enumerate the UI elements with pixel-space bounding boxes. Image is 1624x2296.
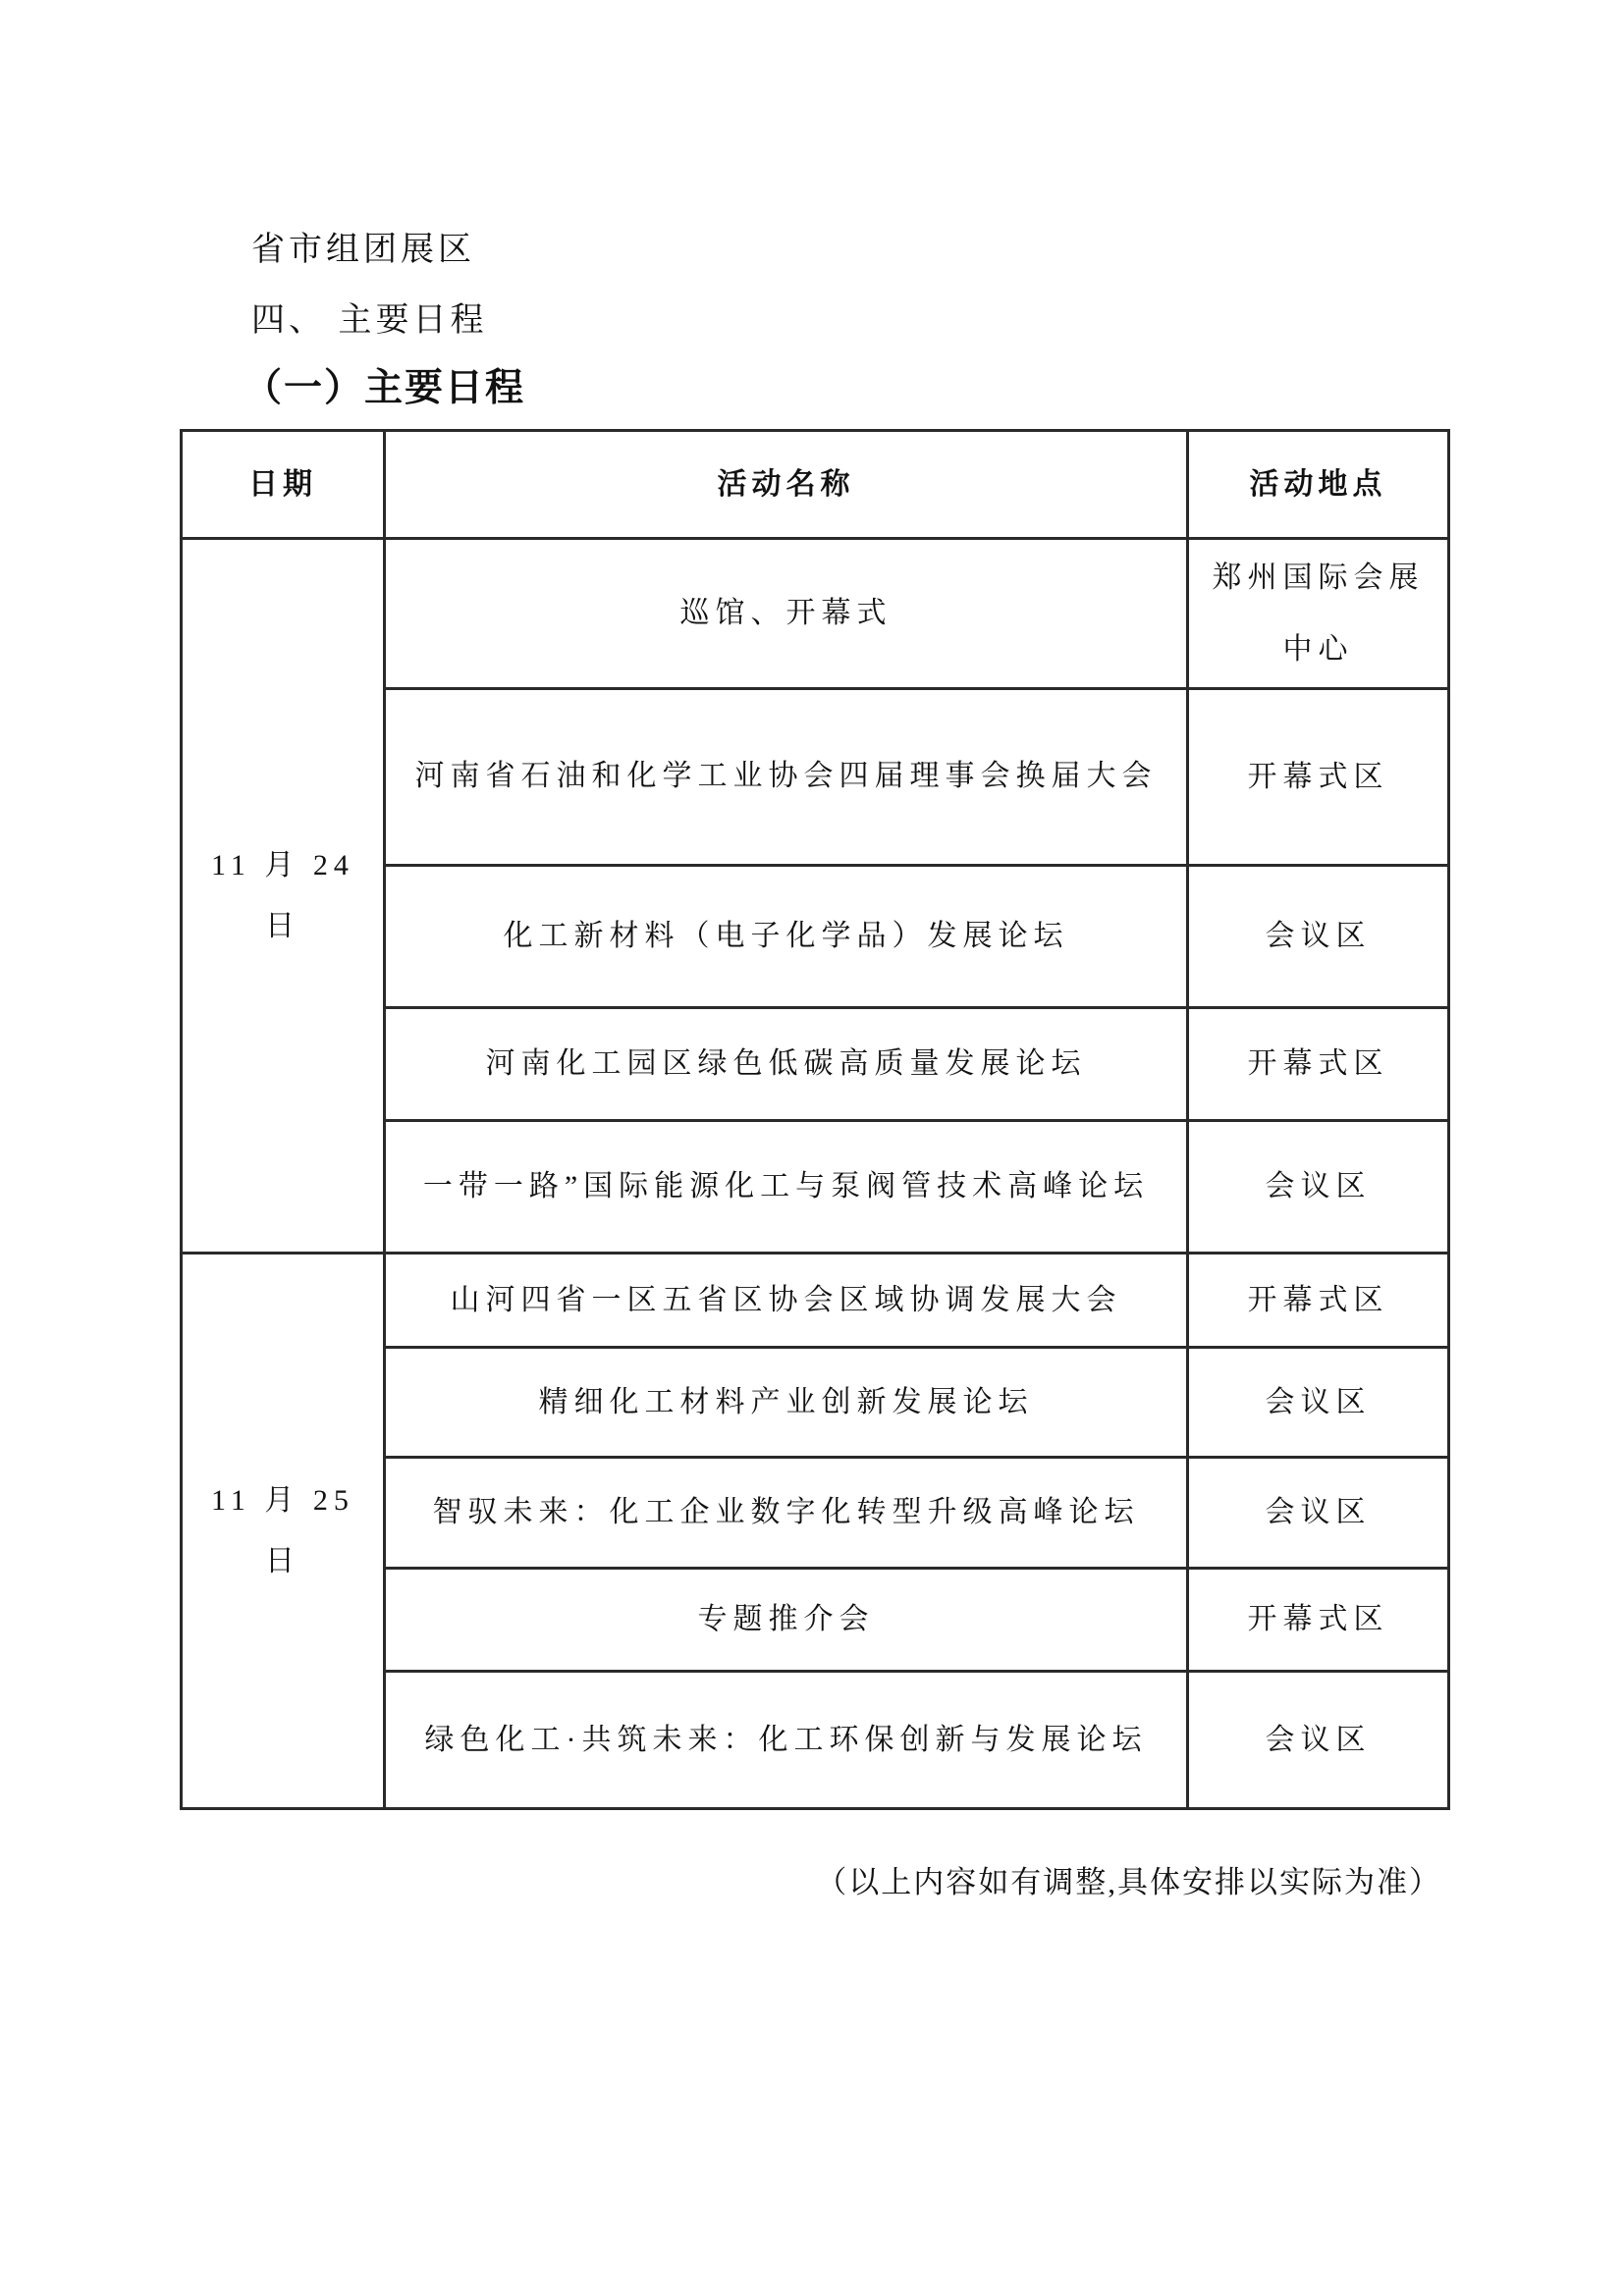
schedule-table: 日期 活动名称 活动地点 11 月 24 日 巡馆、开幕式 郑州国际会展中心 河… bbox=[180, 429, 1450, 1810]
location-cell-10: 会议区 bbox=[1188, 1672, 1449, 1809]
location-cell-3: 会议区 bbox=[1188, 866, 1449, 1008]
location-cell-9: 开幕式区 bbox=[1188, 1569, 1449, 1672]
location-cell-7: 会议区 bbox=[1188, 1348, 1449, 1458]
activity-cell-9: 专题推介会 bbox=[385, 1569, 1188, 1672]
intro-text: 省市组团展区 bbox=[251, 222, 475, 270]
document-page: 省市组团展区 四、 主要日程 （一）主要日程 日期 活动名称 活动地点 11 月… bbox=[0, 0, 1624, 2296]
activity-cell-10: 绿色化工·共筑未来：化工环保创新与发展论坛 bbox=[385, 1672, 1188, 1809]
table-header-row: 日期 活动名称 活动地点 bbox=[182, 431, 1449, 539]
activity-cell-6: 山河四省一区五省区协会区域协调发展大会 bbox=[385, 1254, 1188, 1348]
footnote: （以上内容如有调整,具体安排以实际为准） bbox=[180, 1857, 1441, 1901]
section-heading: 四、 主要日程 bbox=[251, 293, 488, 341]
location-cell-1: 郑州国际会展中心 bbox=[1188, 539, 1449, 689]
activity-cell-1: 巡馆、开幕式 bbox=[385, 539, 1188, 689]
location-cell-5: 会议区 bbox=[1188, 1121, 1449, 1254]
table-row: 11 月 25 日 山河四省一区五省区协会区域协调发展大会 开幕式区 bbox=[182, 1254, 1449, 1348]
location-cell-8: 会议区 bbox=[1188, 1458, 1449, 1569]
location-cell-2: 开幕式区 bbox=[1188, 689, 1449, 866]
activity-cell-3: 化工新材料（电子化学品）发展论坛 bbox=[385, 866, 1188, 1008]
table-row: 11 月 24 日 巡馆、开幕式 郑州国际会展中心 bbox=[182, 539, 1449, 689]
location-cell-6: 开幕式区 bbox=[1188, 1254, 1449, 1348]
activity-cell-5: 一带一路”国际能源化工与泵阀管技术高峰论坛 bbox=[385, 1121, 1188, 1254]
date-cell-nov24: 11 月 24 日 bbox=[182, 539, 385, 1254]
subsection-heading: （一）主要日程 bbox=[244, 357, 525, 412]
activity-cell-8: 智驭未来：化工企业数字化转型升级高峰论坛 bbox=[385, 1458, 1188, 1569]
activity-cell-7: 精细化工材料产业创新发展论坛 bbox=[385, 1348, 1188, 1458]
header-date: 日期 bbox=[182, 431, 385, 539]
date-cell-nov25: 11 月 25 日 bbox=[182, 1254, 385, 1809]
location-cell-4: 开幕式区 bbox=[1188, 1008, 1449, 1121]
header-location: 活动地点 bbox=[1188, 431, 1449, 539]
activity-cell-4: 河南化工园区绿色低碳高质量发展论坛 bbox=[385, 1008, 1188, 1121]
activity-cell-2: 河南省石油和化学工业协会四届理事会换届大会 bbox=[385, 689, 1188, 866]
header-activity: 活动名称 bbox=[385, 431, 1188, 539]
